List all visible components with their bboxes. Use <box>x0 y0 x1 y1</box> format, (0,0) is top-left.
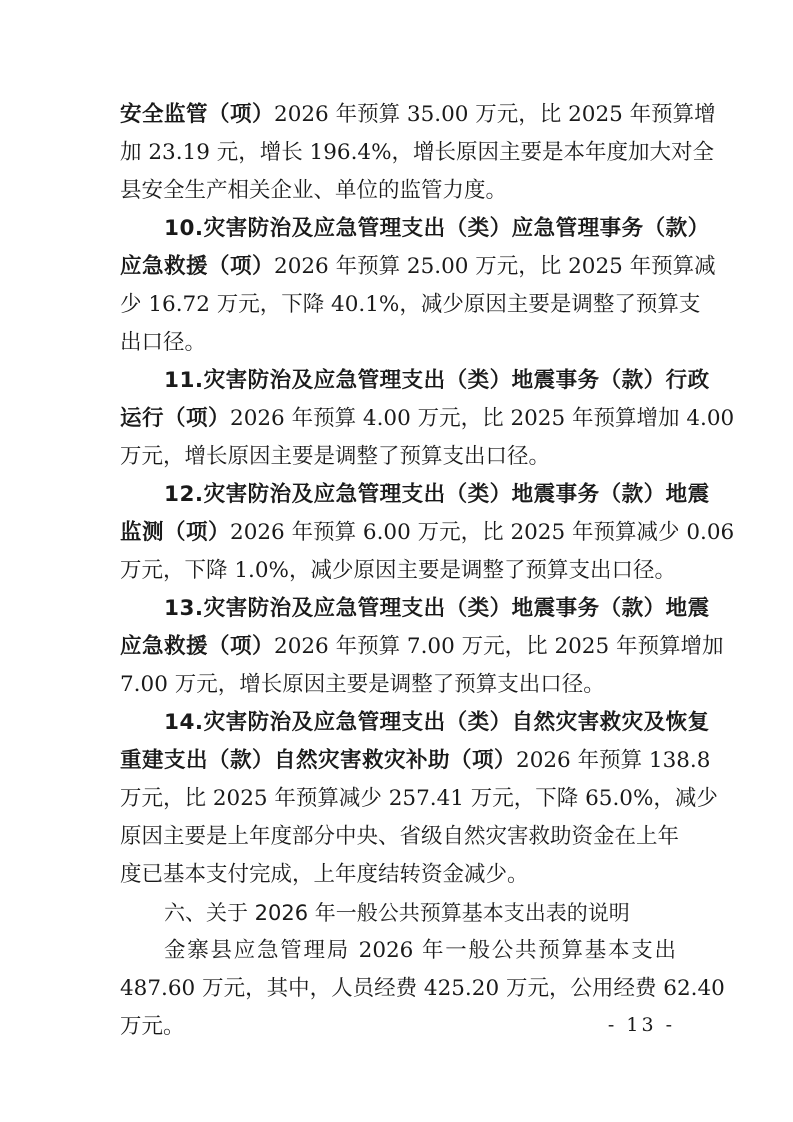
text-line: 监测（项）2026 年预算 6.00 万元，比 2025 年预算减少 0.06 <box>120 514 676 552</box>
body-text: 2026 年预算 7.00 万元，比 2025 年预算增加 <box>274 634 723 659</box>
section-heading: 六、关于 2026 年一般公共预算基本支出表的说明 <box>120 894 676 932</box>
text-line: 重建支出（款）自然灾害救灾补助（项）2026 年预算 138.8 <box>120 742 676 780</box>
section-heading-text: 六、关于 2026 年一般公共预算基本支出表的说明 <box>164 901 630 925</box>
bold-heading: 13.灾害防治及应急管理支出（类）地震事务（款）地震 <box>164 596 710 621</box>
body-text: 县安全生产相关企业、单位的监管力度。 <box>120 178 507 203</box>
text-line: 万元，比 2025 年预算减少 257.41 万元，下降 65.0%，减少 <box>120 780 676 818</box>
bold-heading: 14.灾害防治及应急管理支出（类）自然灾害救灾及恢复 <box>164 710 710 735</box>
bold-heading: 应急救援（项） <box>120 634 274 659</box>
body-text: 2026 年预算 35.00 万元，比 2025 年预算增 <box>274 102 716 127</box>
item-13-heading: 13.灾害防治及应急管理支出（类）地震事务（款）地震 <box>120 590 676 628</box>
body-text: 少 16.72 万元，下降 40.1%，减少原因主要是调整了预算支 <box>120 292 700 317</box>
body-text: 万元。 <box>120 1014 185 1039</box>
text-line: 金寨县应急管理局 2026 年一般公共预算基本支出 <box>120 932 676 970</box>
text-line: 原因主要是上年度部分中央、省级自然灾害救助资金在上年 <box>120 818 676 856</box>
text-line: 出口径。 <box>120 324 676 362</box>
body-text: 2026 年预算 138.8 <box>516 748 710 773</box>
text-line: 万元，下降 1.0%，减少原因主要是调整了预算支出口径。 <box>120 552 676 590</box>
body-text: 487.60 万元，其中，人员经费 425.20 万元，公用经费 62.40 <box>120 976 725 1001</box>
body-text: 万元，增长原因主要是调整了预算支出口径。 <box>120 444 550 469</box>
text-line: 487.60 万元，其中，人员经费 425.20 万元，公用经费 62.40 <box>120 970 676 1008</box>
body-text: 2026 年预算 6.00 万元，比 2025 年预算减少 0.06 <box>230 520 734 545</box>
body-text: 万元，比 2025 年预算减少 257.41 万元，下降 65.0%，减少 <box>120 786 718 811</box>
item-11-heading: 11.灾害防治及应急管理支出（类）地震事务（款）行政 <box>120 362 676 400</box>
bold-heading: 运行（项） <box>120 406 230 431</box>
bold-heading: 10.灾害防治及应急管理支出（类）应急管理事务（款） <box>164 216 710 241</box>
body-text: 加 23.19 元，增长 196.4%，增长原因主要是本年度加大对全 <box>120 140 714 165</box>
text-line: 万元。 <box>120 1008 676 1046</box>
item-14-heading: 14.灾害防治及应急管理支出（类）自然灾害救灾及恢复 <box>120 704 676 742</box>
body-text: 万元，下降 1.0%，减少原因主要是调整了预算支出口径。 <box>120 558 676 583</box>
body-text: 出口径。 <box>120 330 206 355</box>
bold-heading: 应急救援（项） <box>120 254 274 279</box>
item-12-heading: 12.灾害防治及应急管理支出（类）地震事务（款）地震 <box>120 476 676 514</box>
page-number: - 13 - <box>608 1014 675 1036</box>
text-line: 县安全生产相关企业、单位的监管力度。 <box>120 172 676 210</box>
text-line: 7.00 万元，增长原因主要是调整了预算支出口径。 <box>120 666 676 704</box>
text-line: 万元，增长原因主要是调整了预算支出口径。 <box>120 438 676 476</box>
text-line: 运行（项）2026 年预算 4.00 万元，比 2025 年预算增加 4.00 <box>120 400 676 438</box>
text-line: 安全监管（项）2026 年预算 35.00 万元，比 2025 年预算增 <box>120 96 676 134</box>
body-text: 度已基本支付完成，上年度结转资金减少。 <box>120 862 529 887</box>
bold-heading: 安全监管（项） <box>120 102 274 127</box>
body-text: 原因主要是上年度部分中央、省级自然灾害救助资金在上年 <box>120 824 679 849</box>
text-line: 应急救援（项）2026 年预算 25.00 万元，比 2025 年预算减 <box>120 248 676 286</box>
bold-heading: 11.灾害防治及应急管理支出（类）地震事务（款）行政 <box>164 368 710 393</box>
bold-heading: 监测（项） <box>120 520 230 545</box>
text-line: 少 16.72 万元，下降 40.1%，减少原因主要是调整了预算支 <box>120 286 676 324</box>
text-line: 加 23.19 元，增长 196.4%，增长原因主要是本年度加大对全 <box>120 134 676 172</box>
bold-heading: 12.灾害防治及应急管理支出（类）地震事务（款）地震 <box>164 482 710 507</box>
bold-heading: 重建支出（款）自然灾害救灾补助（项） <box>120 748 516 773</box>
text-line: 度已基本支付完成，上年度结转资金减少。 <box>120 856 676 894</box>
body-text: 7.00 万元，增长原因主要是调整了预算支出口径。 <box>120 672 605 697</box>
body-text: 金寨县应急管理局 2026 年一般公共预算基本支出 <box>164 938 676 963</box>
text-line: 应急救援（项）2026 年预算 7.00 万元，比 2025 年预算增加 <box>120 628 676 666</box>
item-10-heading: 10.灾害防治及应急管理支出（类）应急管理事务（款） <box>120 210 676 248</box>
body-text: 2026 年预算 25.00 万元，比 2025 年预算减 <box>274 254 716 279</box>
body-text: 2026 年预算 4.00 万元，比 2025 年预算增加 4.00 <box>230 406 734 431</box>
